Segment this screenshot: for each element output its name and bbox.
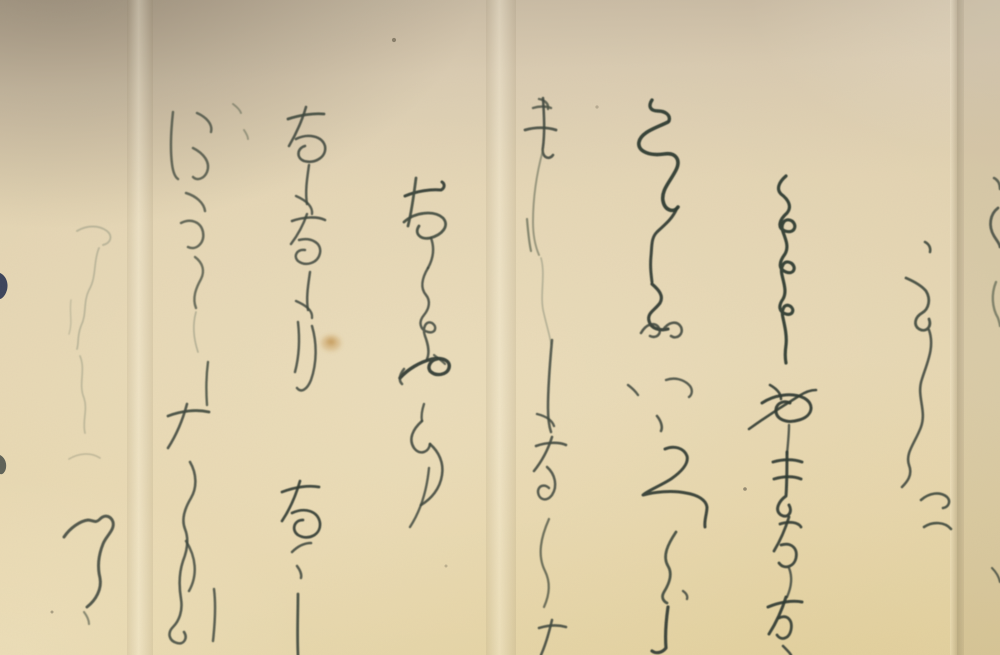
manuscript-photo	[0, 0, 1000, 655]
calligraphy-layer	[0, 0, 1000, 655]
photo-grain-texture	[0, 0, 1000, 655]
